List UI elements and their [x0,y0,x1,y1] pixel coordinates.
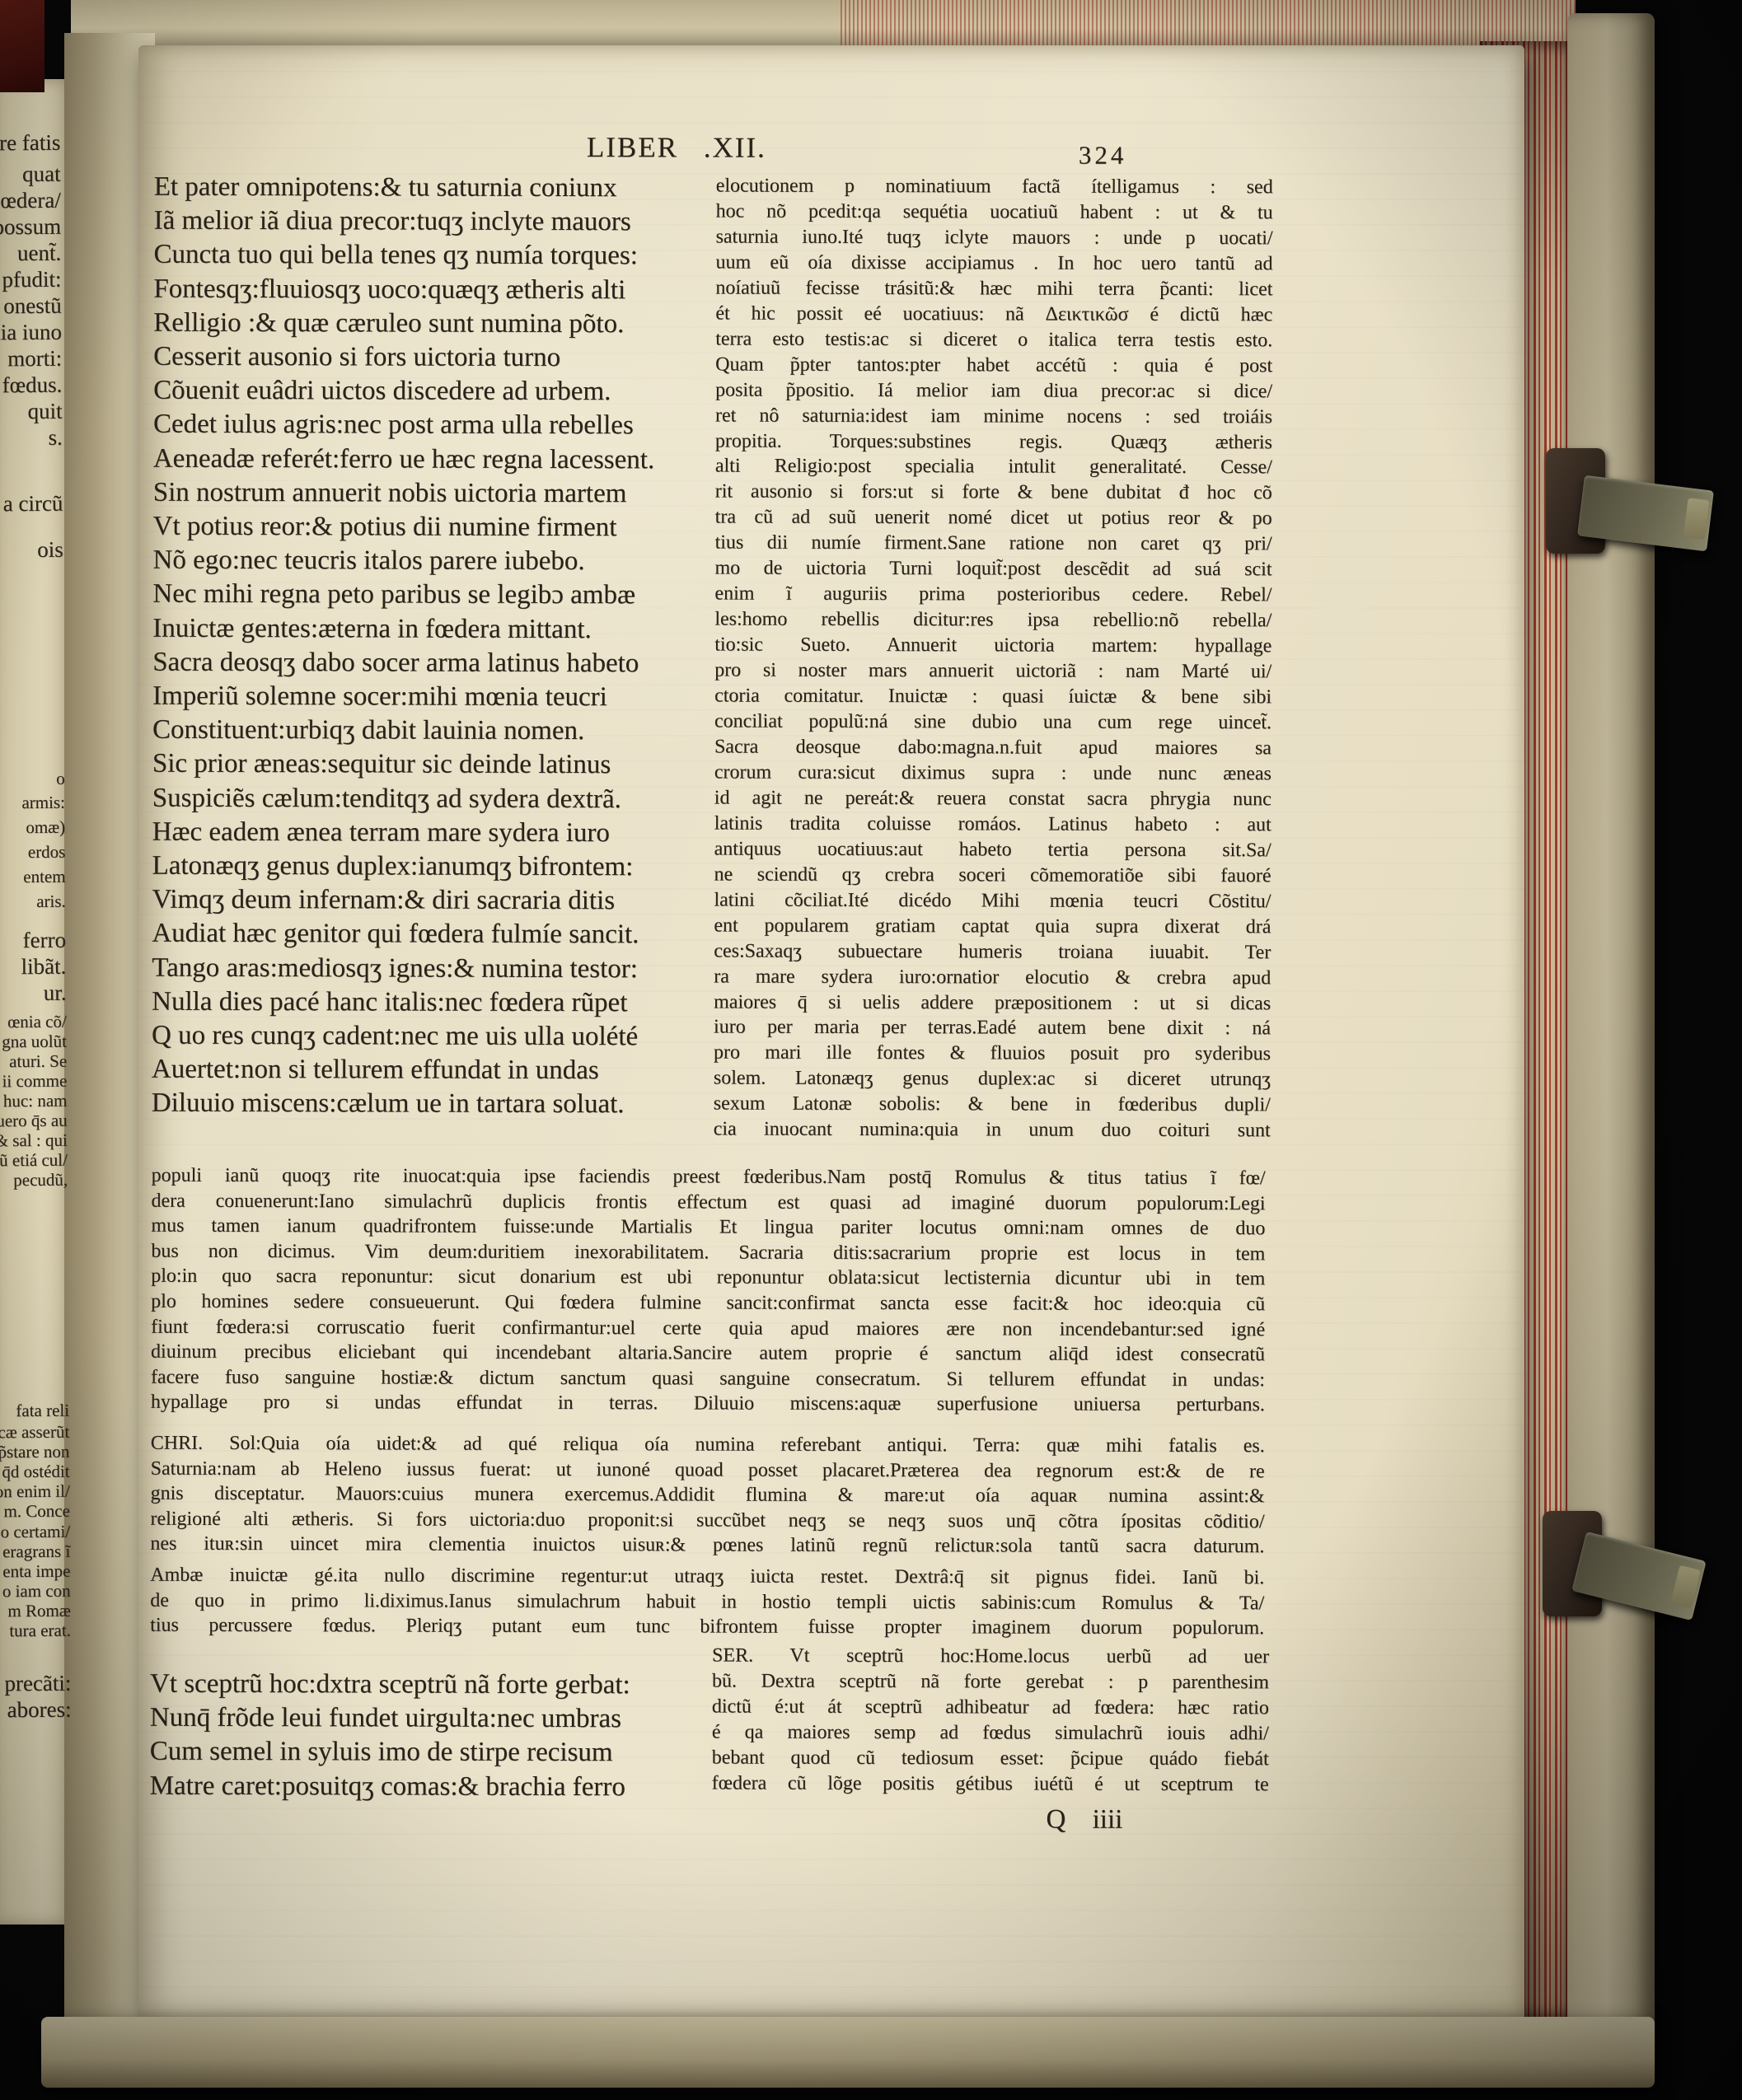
running-title: LIBER .XII. [536,131,817,165]
commentary-line: antiquus uocatiuus:aut habeto tertia per… [714,836,1271,863]
verse-column: Et pater omnipotens:& tu saturnia coniun… [152,171,731,1123]
commentary-line: rit ausonio si fors:ut si forte & bene d… [715,479,1272,507]
book-photo: re fatisquatœdera/possumuent̃.pfudit:one… [0,0,1742,2100]
verse-line: Nulla dies pacé hanc italis:nec fœdera r… [152,985,728,1021]
verse-line: Cuncta tuo qui bella tenes qʒ numía torq… [153,238,730,274]
verse-line: Sin nostrum annuerit nobis uictoria mart… [153,476,730,512]
ambae-commentary-block: Ambæ inuictæ gé.ita nullo discrimine reg… [150,1563,1264,1641]
commentary-line: ces:Saxaqʒ subuectare humeris troiana iu… [714,938,1271,966]
commentary-line: posita p̃positio. Iá melior iam diua pre… [715,377,1272,405]
commentary-line: mus tamen ianum quadrifrontem fuisse:und… [151,1214,1265,1242]
commentary-line: ret nô saturnia:idest iam minime nocens … [715,403,1272,430]
commentary-line: populi ianũ quoqʒ rite inuocat:quia ipse… [152,1163,1266,1191]
commentary-line: noíatiuũ fecisse trásitũ:& hæc mihi terr… [715,275,1272,302]
commentary-line: fiunt fœdera:si corruscatio fuerit confi… [151,1314,1265,1342]
commentary-line: latini cõciliat.Ité dicédo Mihi mœnia te… [714,887,1271,914]
verse-line: Diluuio miscens:cælum ue in tartara solu… [152,1087,728,1122]
verse-line: Q uo res cunqʒ cadent:nec me uis ulla uo… [152,1019,728,1055]
commentary-line: uum eũ oía dixisse accipiamus . In hoc u… [715,250,1272,277]
commentary-line: fœdera cũ lõge positis gétibus iuétũ é u… [712,1770,1269,1798]
commentary-line: Saturnia:nam ab Heleno iussus fuerat: ut… [151,1456,1265,1484]
commentary-line: nes ituʀ:sin uincet mira clementia inuic… [150,1532,1264,1560]
verse-line: Audiat hæc genitor qui fœdera fulmíe san… [152,917,728,952]
quire-signature: Q iiii [1047,1805,1123,1836]
commentary-line: terra esto testis:ac si diceret o italic… [715,326,1272,353]
verse-line: Latonæqʒ genus duplex:ianumqʒ bifrontem: [152,849,729,885]
commentary-line: elocutionem p nominatiuum factã ítelliga… [716,174,1273,201]
commentary-line: conciliat populũ:ná sine dubio una cum r… [714,709,1271,737]
commentary-line: gnis disceptatur. Mauors:cuius munera ex… [151,1481,1265,1509]
commentary-line: crorum cura:sicut diximus supra : unde n… [714,760,1271,787]
verse-line: Cõuenit euâdri uictos discedere ad urbem… [153,374,730,409]
verse-line: Sacra deosqʒ dabo socer arma latinus hab… [152,646,729,681]
bottom-verse-column: Vt sceptrũ hoc:dxtra sceptrũ nã forte ge… [150,1667,630,1804]
commentary-line: plo:in quo sacra reponuntur: sicut donar… [151,1264,1265,1292]
christophorus-commentary-block: CHRI. Sol:Quia oía uidet:& ad qué reliqu… [150,1431,1264,1560]
commentary-line: Ambæ inuictæ gé.ita nullo discrimine reg… [150,1563,1264,1591]
commentary-line: enim ĩ auguriis prima posterioribus cede… [714,582,1271,609]
fullwidth-commentary-block: populi ianũ quoqʒ rite inuocat:quia ipse… [151,1163,1266,1418]
commentary-line: alti Religio:post specialia intulit gene… [715,454,1272,481]
verse-line: Sic prior æneas:sequitur sic deinde lati… [152,747,729,783]
verse-line: Cedet iulus agris:nec post arma ulla reb… [153,408,730,443]
verse-line: Inuictæ gentes:æterna in fœdera mittant. [152,611,729,647]
commentary-line: cia inuocant numina:quia in unum duo coi… [714,1117,1271,1144]
commentary-line: diuinum precibus eliciebant qui incendeb… [151,1340,1265,1368]
commentary-line: ent popularem gratiam captat quia supra … [714,913,1271,940]
commentary-line: facere fuso sanguine hostiæ:& dictum san… [151,1364,1265,1392]
commentary-line: de quo in primo li.diximus.Ianus simulac… [150,1588,1264,1616]
clasp-metal-tip [1683,498,1710,540]
commentary-line: sexum Latonæ sobolis: & bene in fœderibu… [714,1092,1271,1119]
commentary-line: saturnia iuno.Ité tuqʒ iclyte mauors : u… [716,224,1273,251]
verse-line: Et pater omnipotens:& tu saturnia coniun… [154,171,731,206]
verse-line: Constituent:urbiqʒ dabit lauinia nomen. [152,713,729,749]
verse-line: Vimqʒ deum infernam:& diri sacraria diti… [152,883,728,919]
commentary-line: ctoria comitatur. Inuictæ : quasi íuictæ… [714,684,1271,711]
verse-line: Hæc eadem ænea terram mare sydera iuro [152,816,729,851]
verse-line: Tango aras:mediosqʒ ignes:& numina testo… [152,951,728,986]
commentary-line: dera conuenerunt:Iano simulachrũ duplici… [151,1188,1265,1216]
commentary-line: latinis tradita coluisse romáos. Latinus… [714,811,1271,838]
verse-line: Nec mihi regna peto paribus se legibɔ am… [152,578,729,613]
commentary-line: SER. Vt sceptrũ hoc:Home.locus uerbũ ad … [712,1643,1269,1670]
verse-line: Nunq̄ frõde leui fundet uirgulta:nec umb… [150,1701,630,1737]
verse-line: Auertet:non si tellurem effundat in unda… [152,1053,728,1088]
commentary-line: tius percussere fœdus. Pleriqʒ putant eu… [150,1613,1264,1641]
verse-line: Imperiũ solemne socer:mihi mœnia teucri [152,680,729,715]
verse-line: Cum semel in syluis imo de stirpe recisu… [150,1735,630,1770]
commentary-column: elocutionem p nominatiuum factã ítelliga… [714,174,1273,1144]
servius-commentary-block: SER. Vt sceptrũ hoc:Home.locus uerbũ ad … [712,1643,1269,1797]
commentary-line: tius dii numíe firment.Sane ratione non … [715,531,1272,558]
commentary-line: bus non dicimus. Vim deum:duritiem inexo… [151,1238,1265,1266]
commentary-line: ne sciendũ qʒ crebra soceri cõmemoratiõe… [714,862,1271,889]
commentary-line: solem. Latonæqʒ genus duplex:ac si dicer… [714,1066,1271,1093]
verse-line: Aeneadæ referét:ferro ue hæc regna laces… [153,442,730,477]
commentary-line: Sacra deosque dabo:magna.n.fuit apud mai… [714,734,1271,761]
verse-line: Cesserit ausonio si fors uictoria turno [153,340,730,376]
commentary-line: mo de uictoria Turni loquit̃:post descẽd… [714,556,1271,583]
verse-line: Fontesqʒ:fluuiosqʒ uoco:quæqʒ ætheris al… [153,272,730,307]
commentary-line: tra cũ ad suũ uenerit nomé dicet ut poti… [715,505,1272,532]
commentary-line: bebant quod cũ tediosum esset: p̃cipue q… [712,1745,1269,1772]
verse-line: Matre caret:posuitqʒ comas:& brachia fer… [150,1769,630,1804]
verse-line: Nõ ego:nec teucris italos parere iubebo. [152,544,729,579]
page-content: LIBER .XII. 324 Et pater omnipotens:& tu… [0,0,1742,2100]
verse-line: Relligio :& quæ cæruleo sunt numina põto… [153,306,730,342]
commentary-line: é qa maiores semp ad fœdus simulachrũ io… [712,1719,1269,1747]
commentary-line: id agit ne pereát:& reuera constat sacra… [714,785,1271,812]
commentary-line: dictũ é:ut át sceptrũ adhibeatur ad fœde… [712,1694,1269,1721]
commentary-line: propitia. Torques:substines regis. Quæqʒ… [715,428,1272,456]
clasp-metal-tip [1670,1565,1701,1609]
commentary-line: pro si noster mars annuerit uictoriã : n… [714,658,1271,685]
commentary-line: ét hic possit eé uocatiuus: nã Δεικτικῶσ… [715,301,1272,328]
commentary-line: pro mari ille fontes & fluuios posuit pr… [714,1041,1271,1068]
commentary-line: hypallage pro si undas effundat in terra… [151,1390,1265,1418]
commentary-line: plo homines sedere consueuerunt. Qui fœd… [151,1289,1265,1317]
commentary-line: maiores q̄ si uelis addere præpositionem… [714,989,1271,1017]
commentary-line: hoc nõ pcedit:qa sequétia uocatiuũ haben… [716,199,1273,226]
folio-number: 324 [1079,141,1127,171]
commentary-line: iuro per maria per terras.Eadé autem ben… [714,1015,1271,1042]
commentary-line: les:homo rebellis dicitur:res ipsa rebel… [714,607,1271,634]
commentary-line: bũ. Dextra sceptrũ nã forte gerebat : p … [712,1668,1269,1695]
verse-line: Vt potius reor:& potius dii numine firme… [153,510,730,545]
commentary-line: Quam p̃pter tantos:pter habet accétũ : q… [715,352,1272,379]
verse-line: Vt sceptrũ hoc:dxtra sceptrũ nã forte ge… [150,1667,630,1703]
commentary-line: ra mare sydera iuro:ornatior elocutio & … [714,964,1271,991]
commentary-line: religioné alti ætheris. Si fors uictoria… [150,1506,1264,1534]
commentary-line: tio:sic Sueto. Annuerit uictoria martem:… [714,633,1271,660]
verse-line: Iã melior iã diua precor:tuqʒ inclyte ma… [154,204,731,240]
commentary-line: CHRI. Sol:Quia oía uidet:& ad qué reliqu… [151,1431,1265,1459]
verse-line: Suspiciẽs cælum:tenditqʒ ad sydera dextr… [152,781,729,816]
